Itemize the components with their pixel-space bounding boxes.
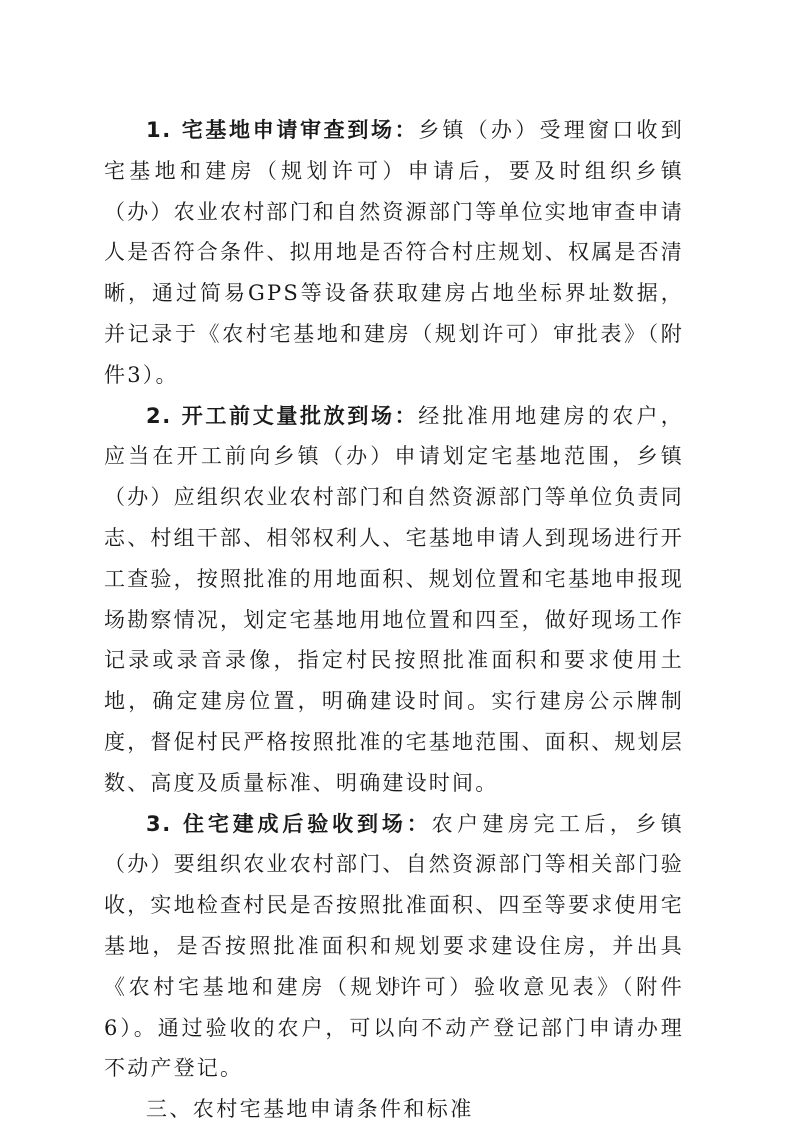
page-number: 6: [0, 976, 793, 992]
paragraph-lead: 3. 住宅建成后验收到场：: [146, 812, 432, 836]
paragraph-pre-construction-survey: 2. 开工前丈量批放到场：经批准用地建房的农户，应当在开工前向乡镇（办）申请划定…: [104, 396, 684, 804]
paragraph-site-review: 1. 宅基地申请审查到场：乡镇（办）受理窗口收到宅基地和建房（规划许可）申请后，…: [104, 110, 684, 396]
section-heading: 三、农村宅基地申请条件和标准: [104, 1089, 684, 1122]
paragraph-lead: 1. 宅基地申请审查到场：: [146, 118, 418, 142]
document-page: 1. 宅基地申请审查到场：乡镇（办）受理窗口收到宅基地和建房（规划许可）申请后，…: [104, 110, 684, 1122]
paragraph-completion-acceptance: 3. 住宅建成后验收到场：农户建房完工后，乡镇（办）要组织农业农村部门、自然资源…: [104, 804, 684, 1090]
paragraph-body: 经批准用地建房的农户，应当在开工前向乡镇（办）申请划定宅基地范围，乡镇（办）应组…: [104, 404, 684, 795]
paragraph-body: 农户建房完工后，乡镇（办）要组织农业农村部门、自然资源部门等相关部门验收，实地检…: [104, 812, 684, 1081]
paragraph-lead: 2. 开工前丈量批放到场：: [146, 404, 418, 428]
paragraph-body: 乡镇（办）受理窗口收到宅基地和建房（规划许可）申请后，要及时组织乡镇（办）农业农…: [104, 118, 684, 387]
